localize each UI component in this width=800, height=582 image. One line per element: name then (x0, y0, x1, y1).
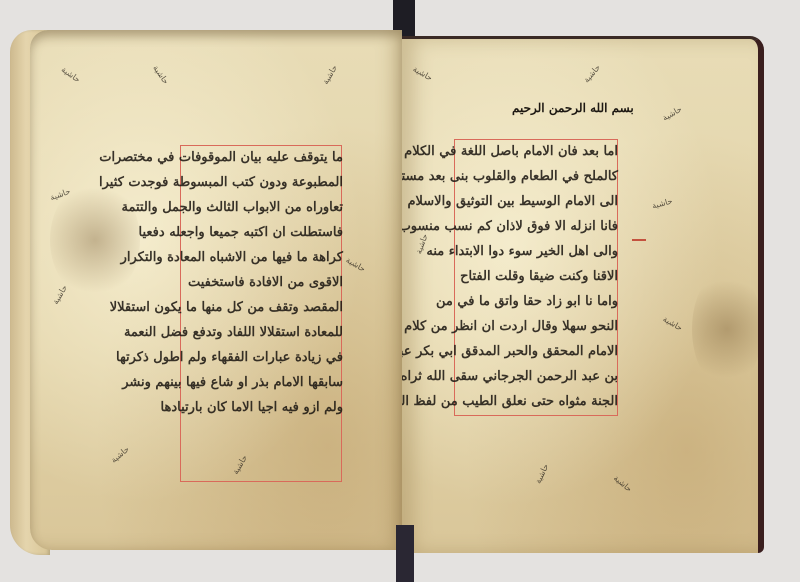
margin-note: حاشية (59, 65, 82, 85)
text-line: الامام المحقق والحبر المدقق ابي بكر عبد … (452, 344, 618, 359)
text-line: للمعادة استقلالا اللفاد وتدفع فضل النعمة (178, 325, 343, 340)
text-line: سابقها الامام بذر او شاع فيها بينهم ونشر (178, 375, 343, 390)
text-line: فاستطلت ان اكتبه جميعا واجعله دفعيا (178, 225, 343, 240)
text-line: في زيادة عبارات الفقهاء ولم اطول ذكرتها (178, 350, 343, 365)
bookmark-ribbon-bottom (396, 525, 414, 582)
red-mark (632, 239, 646, 241)
margin-note: حاشية (611, 473, 633, 494)
margin-note: حاشية (51, 283, 70, 306)
right-main-text: اما بعد فان الامام باصل اللغة في الكلام … (452, 144, 618, 419)
left-main-text: ما يتوقف عليه بيان الموقوفات في مختصرات … (178, 150, 343, 425)
text-line: الاقنا وكنت ضيقا وقلت الفتاح (452, 269, 618, 284)
margin-note: حاشية (661, 104, 684, 123)
left-page: ما يتوقف عليه بيان الموقوفات في مختصرات … (30, 30, 402, 550)
margin-note: حاشية (150, 64, 170, 87)
text-line: ولم ازو فيه اجيا الاما كان بارتيادها (178, 400, 343, 415)
margin-note: حاشية (411, 64, 434, 83)
text-line: فانا انزله الا فوق لاذان كم نسب منسوب (452, 219, 618, 234)
manuscript-photo: ما يتوقف عليه بيان الموقوفات في مختصرات … (0, 0, 800, 582)
margin-note: حاشية (344, 255, 367, 274)
text-line: كراهة ما فيها من الاشباه المعادة والتكرا… (178, 250, 343, 265)
margin-note: حاشية (582, 63, 603, 85)
text-line: ما يتوقف عليه بيان الموقوفات في مختصرات (178, 150, 343, 165)
margin-note: حاشية (321, 63, 340, 86)
stain (692, 269, 762, 389)
margin-note: حاشية (651, 196, 674, 211)
text-line: الاقوى من الافادة فاستخفيت (178, 275, 343, 290)
margin-note: حاشية (109, 444, 131, 465)
text-line: اما بعد فان الامام باصل اللغة في الكلام (452, 144, 618, 159)
text-line: واما نا ابو زاد حقا واتق ما في من (452, 294, 618, 309)
text-line: الى الامام الوسيط بين التوثيق والاسلام (452, 194, 618, 209)
text-line: كالملح في الطعام والقلوب بنى بعد مستند (452, 169, 618, 184)
margin-note: حاشية (661, 314, 684, 333)
text-line: والى اهل الخير سوء دوا الابتداء منه (452, 244, 618, 259)
text-line: المطبوعة ودون كتب المبسوطة فوجدت كثيرا (178, 175, 343, 190)
text-line: بن عبد الرحمن الجرجاني سقى الله ثراه وجع… (452, 369, 618, 384)
right-page: بسم الله الرحمن الرحيم اما بعد فان الاما… (402, 36, 764, 553)
text-line: تعاوراه من الابواب الثالث والجمل والتتمة (178, 200, 343, 215)
text-line: الجنة مثواه حتى نعلق الطيب من لفظ الحلو … (452, 394, 618, 409)
basmala-heading: بسم الله الرحمن الرحيم (512, 101, 634, 115)
margin-note: حاشية (533, 462, 551, 485)
text-line: المقصد وتقف من كل منها ما يكون استقلالا (178, 300, 343, 315)
text-line: النحو سهلا وقال اردت ان انظر من كلام (452, 319, 618, 334)
